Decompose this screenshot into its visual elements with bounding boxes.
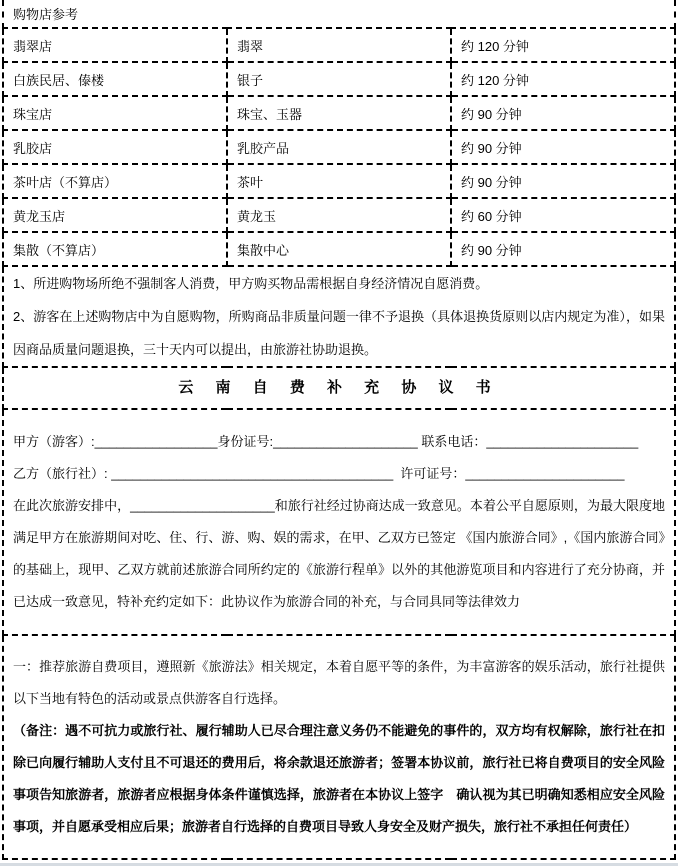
table-row: 集散（不算店） 集散中心 约 90 分钟 [3, 232, 675, 266]
product-cell: 集散中心 [227, 232, 451, 266]
product-cell: 茶叶 [227, 164, 451, 198]
store-name-cell: 白族民居、傣楼 [3, 62, 227, 96]
duration-cell: 约 90 分钟 [451, 164, 675, 198]
parties-row: 甲方（游客）:_________________身份证号:___________… [3, 409, 675, 635]
duration-cell: 约 90 分钟 [451, 232, 675, 266]
party-b-line: 乙方（旅行社）: _______________________________… [13, 458, 665, 490]
product-cell: 乳胶产品 [227, 130, 451, 164]
duration-cell: 约 60 分钟 [451, 198, 675, 232]
table-row: 黄龙玉店 黄龙玉 约 60 分钟 [3, 198, 675, 232]
shopping-notes-cell: 1、所进购物场所绝不强制客人消费，甲方购买物品需根据自身经济情况自愿消费。 2、… [3, 266, 675, 367]
shopping-reference-table: 购物店参考 翡翠店 翡翠 约 120 分钟 白族民居、傣楼 银子 约 120 分… [2, 0, 676, 860]
store-name-cell: 茶叶店（不算店） [3, 164, 227, 198]
store-name-cell: 翡翠店 [3, 28, 227, 62]
remark-paragraph: （备注：遇不可抗力或旅行社、履行辅助人已尽合理注意义务仍不能避免的事件的，双方均… [13, 715, 665, 843]
duration-cell: 约 120 分钟 [451, 62, 675, 96]
table-row: 乳胶店 乳胶产品 约 90 分钟 [3, 130, 675, 164]
table-header-cell: 购物店参考 [3, 0, 675, 28]
table-row: 珠宝店 珠宝、玉器 约 90 分钟 [3, 96, 675, 130]
product-cell: 黄龙玉 [227, 198, 451, 232]
product-cell: 珠宝、玉器 [227, 96, 451, 130]
section-one-paragraph: 一：推荐旅游自费项目，遵照新《旅游法》相关规定，本着自愿平等的条件，为丰富游客的… [13, 651, 665, 715]
agreement-intro-paragraph: 在此次旅游安排中，____________________和旅行社经过协商达成一… [13, 490, 665, 618]
store-name-cell: 黄龙玉店 [3, 198, 227, 232]
self-funded-items-cell: 一：推荐旅游自费项目，遵照新《旅游法》相关规定，本着自愿平等的条件，为丰富游客的… [3, 635, 675, 859]
store-name-cell: 乳胶店 [3, 130, 227, 164]
contract-document-page: 购物店参考 翡翠店 翡翠 约 120 分钟 白族民居、傣楼 银子 约 120 分… [0, 0, 678, 866]
title-row: 云 南 自 费 补 充 协 议 书 [3, 367, 675, 409]
agreement-title: 云 南 自 费 补 充 协 议 书 [13, 368, 665, 408]
table-row: 白族民居、傣楼 银子 约 120 分钟 [3, 62, 675, 96]
product-cell: 翡翠 [227, 28, 451, 62]
agreement-title-cell: 云 南 自 费 补 充 协 议 书 [3, 367, 675, 409]
table-row: 翡翠店 翡翠 约 120 分钟 [3, 28, 675, 62]
duration-cell: 约 90 分钟 [451, 96, 675, 130]
party-a-line: 甲方（游客）:_________________身份证号:___________… [13, 426, 665, 458]
store-name-cell: 珠宝店 [3, 96, 227, 130]
note-item-2: 2、游客在上述购物店中为自愿购物，所购商品非质量问题一律不予退换（具体退换货原则… [13, 300, 665, 366]
self-funded-items-row: 一：推荐旅游自费项目，遵照新《旅游法》相关规定，本着自愿平等的条件，为丰富游客的… [3, 635, 675, 859]
product-cell: 银子 [227, 62, 451, 96]
store-name-cell: 集散（不算店） [3, 232, 227, 266]
note-item-1: 1、所进购物场所绝不强制客人消费，甲方购买物品需根据自身经济情况自愿消费。 [13, 267, 665, 300]
table-row: 茶叶店（不算店） 茶叶 约 90 分钟 [3, 164, 675, 198]
notes-row: 1、所进购物场所绝不强制客人消费，甲方购买物品需根据自身经济情况自愿消费。 2、… [3, 266, 675, 367]
duration-cell: 约 120 分钟 [451, 28, 675, 62]
parties-and-intro-cell: 甲方（游客）:_________________身份证号:___________… [3, 409, 675, 635]
table-header-row: 购物店参考 [3, 0, 675, 28]
duration-cell: 约 90 分钟 [451, 130, 675, 164]
